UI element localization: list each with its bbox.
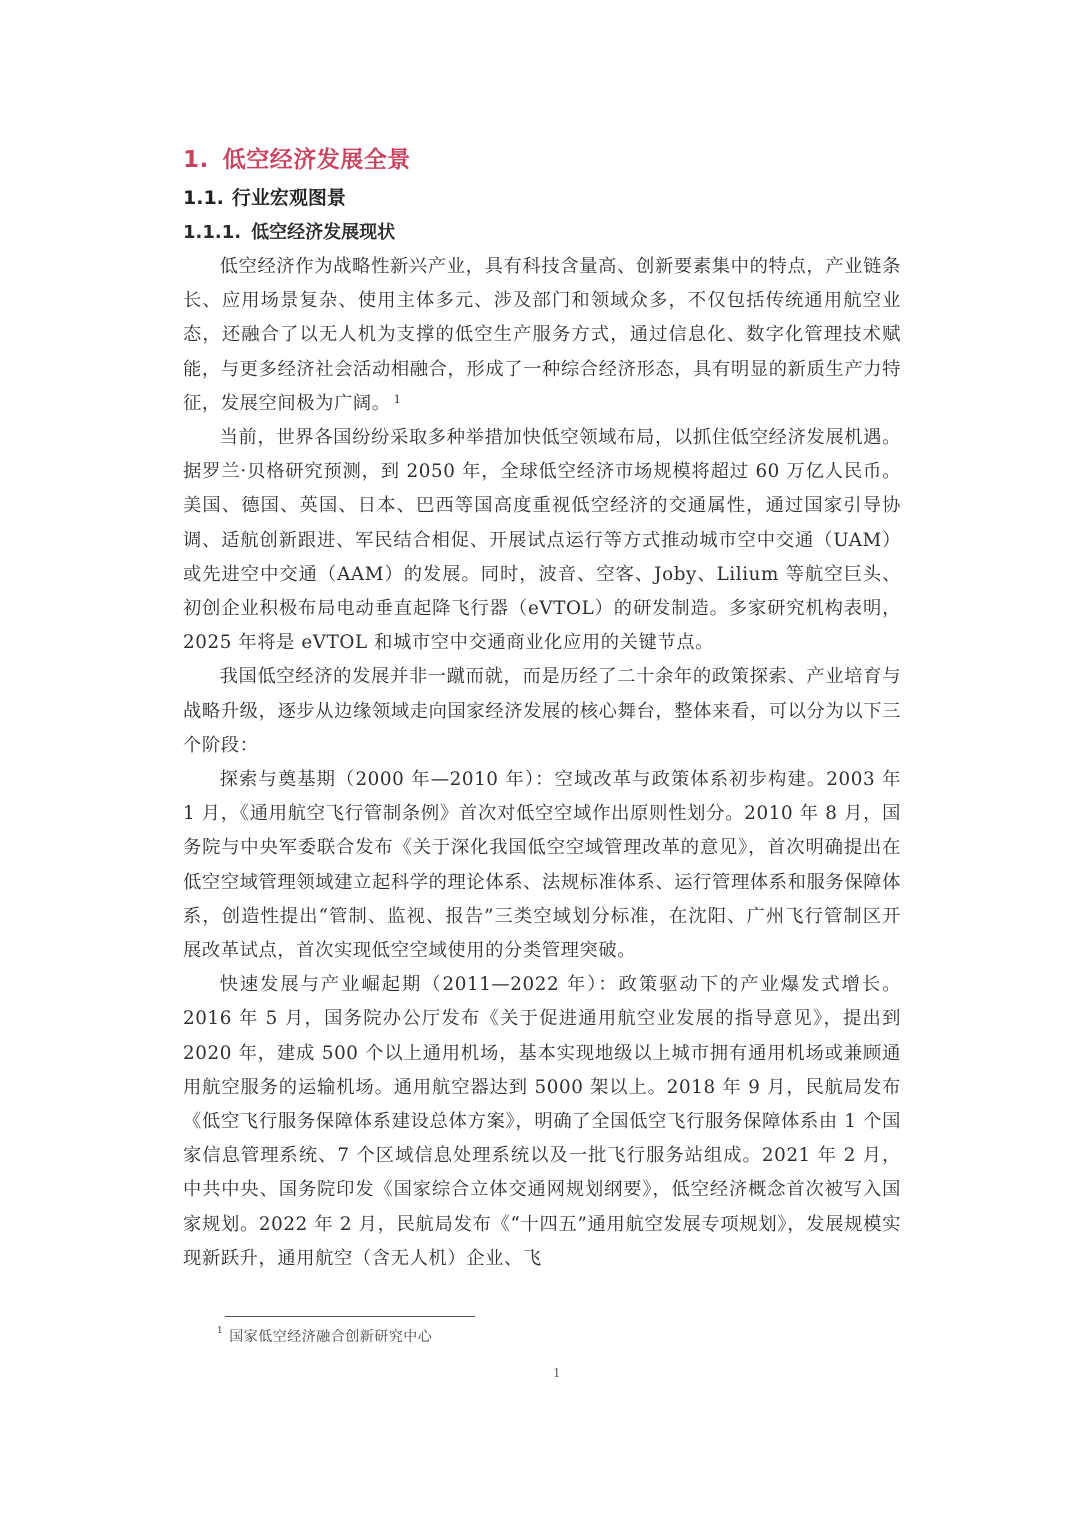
- paragraph-text: 我国低空经济的发展并非一蹴而就，而是历经了二十余年的政策探索、产业培育与战略升级…: [183, 666, 901, 755]
- paragraph-text: 低空经济作为战略性新兴产业，具有科技含量高、创新要素集中的特点，产业链条长、应用…: [183, 256, 901, 414]
- paragraph-text: 当前，世界各国纷纷采取多种举措加快低空领域布局，以抓住低空经济发展机遇。据罗兰·…: [183, 427, 901, 653]
- heading-level-1: 1.低空经济发展全景: [183, 140, 901, 180]
- paragraph-china-overview: 我国低空经济的发展并非一蹴而就，而是历经了二十余年的政策探索、产业培育与战略升级…: [183, 660, 901, 763]
- page-number: 1: [553, 1366, 560, 1382]
- paragraph-text: 快速发展与产业崛起期（2011—2022 年）：政策驱动下的产业爆发式增长。20…: [183, 974, 901, 1269]
- heading-1-title: 低空经济发展全景: [223, 147, 411, 173]
- heading-2-title: 行业宏观图景: [232, 187, 346, 209]
- paragraph-text: 探索与奠基期（2000 年—2010 年）：空域改革与政策体系初步构建。2003…: [183, 769, 901, 961]
- paragraph-stage-exploration: 探索与奠基期（2000 年—2010 年）：空域改革与政策体系初步构建。2003…: [183, 763, 901, 968]
- footnote-reference[interactable]: 1: [394, 393, 402, 406]
- heading-3-number: 1.1.1.: [183, 222, 241, 243]
- heading-1-number: 1.: [183, 147, 209, 173]
- footnote-divider: [225, 1316, 475, 1317]
- footnote: 1国家低空经济融合创新研究中心: [217, 1326, 432, 1346]
- heading-2-number: 1.1.: [183, 187, 224, 209]
- paragraph-global-context: 当前，世界各国纷纷采取多种举措加快低空领域布局，以抓住低空经济发展机遇。据罗兰·…: [183, 421, 901, 660]
- footnote-text: 国家低空经济融合创新研究中心: [229, 1329, 432, 1345]
- footnote-mark: 1: [217, 1326, 223, 1336]
- page-content: 1.低空经济发展全景 1.1.行业宏观图景 1.1.1.低空经济发展现状 低空经…: [183, 140, 901, 1276]
- heading-level-3: 1.1.1.低空经济发展现状: [183, 216, 901, 250]
- paragraph-stage-rapid-growth: 快速发展与产业崛起期（2011—2022 年）：政策驱动下的产业爆发式增长。20…: [183, 968, 901, 1276]
- document-page: 1.低空经济发展全景 1.1.行业宏观图景 1.1.1.低空经济发展现状 低空经…: [0, 0, 1080, 1527]
- paragraph-definition: 低空经济作为战略性新兴产业，具有科技含量高、创新要素集中的特点，产业链条长、应用…: [183, 250, 901, 421]
- heading-level-2: 1.1.行业宏观图景: [183, 180, 901, 216]
- heading-3-title: 低空经济发展现状: [251, 222, 395, 243]
